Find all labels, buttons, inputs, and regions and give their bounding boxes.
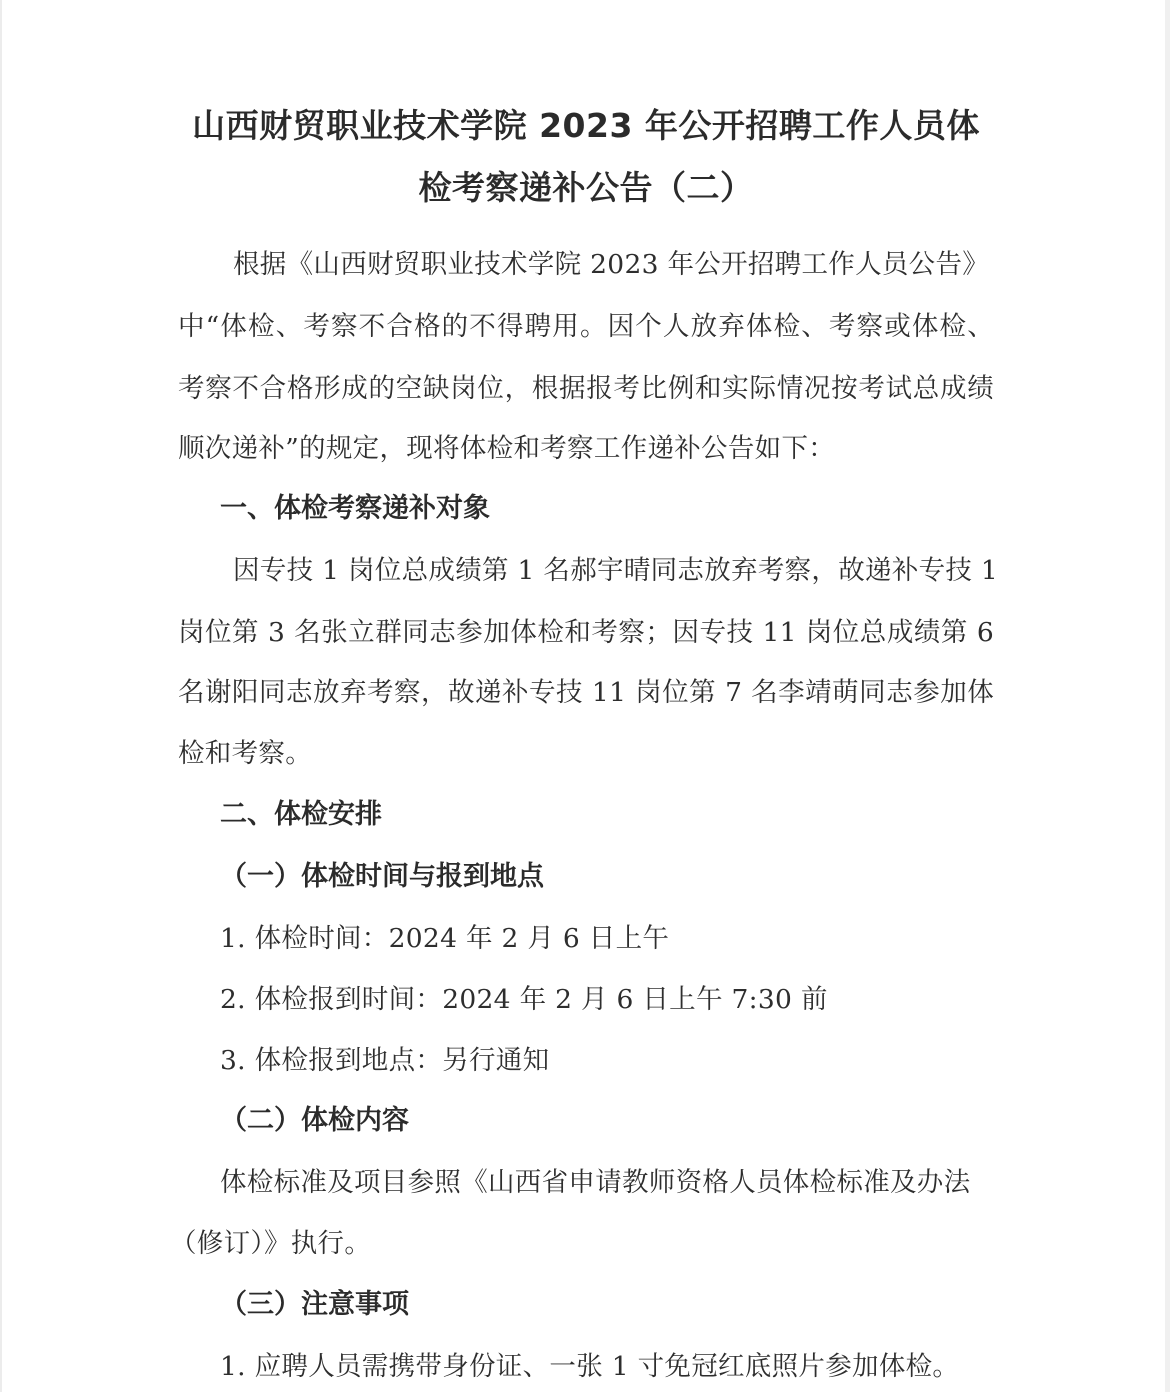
intro-paragraph-line-3: 考察不合格形成的空缺岗位，根据报考比例和实际情况按考试总成绩 [178, 366, 994, 405]
subsection-1-heading: （一）体检时间与报到地点 [220, 854, 544, 893]
page-edge-left [0, 0, 2, 1392]
document-title-line-1: 山西财贸职业技术学院 2023 年公开招聘工作人员体 [178, 100, 994, 147]
subsection-2-line-2: （修订）》执行。 [170, 1221, 371, 1260]
subsection-2-heading: （二）体检内容 [220, 1098, 409, 1137]
section-1-line-1: 因专技 1 岗位总成绩第 1 名郝宇晴同志放弃考察，故递补专技 1 [233, 548, 998, 587]
subsection-2-line-1: 体检标准及项目参照《山西省申请教师资格人员体检标准及办法 [220, 1160, 970, 1199]
section-1-line-3: 名谢阳同志放弃考察，故递补专技 11 岗位第 7 名李靖萌同志参加体 [178, 670, 994, 709]
page-edge-right [1165, 0, 1170, 1392]
intro-paragraph-line-2: 中“体检、考察不合格的不得聘用。因个人放弃体检、考察或体检、 [178, 304, 994, 343]
section-1-heading: 一、体检考察递补对象 [220, 486, 490, 525]
section-1-line-2: 岗位第 3 名张立群同志参加体检和考察；因专技 11 岗位总成绩第 6 [178, 610, 994, 649]
exam-time-item: 1. 体检时间：2024 年 2 月 6 日上午 [220, 916, 669, 955]
check-in-location-item: 3. 体检报到地点：另行通知 [220, 1038, 549, 1077]
section-1-line-4: 检和考察。 [178, 731, 312, 770]
intro-paragraph-line-1: 根据《山西财贸职业技术学院 2023 年公开招聘工作人员公告》 [233, 242, 989, 281]
document-title-line-2: 检考察递补公告（二） [178, 162, 994, 209]
notice-item-1: 1. 应聘人员需携带身份证、一张 1 寸免冠红底照片参加体检。 [220, 1344, 959, 1383]
intro-paragraph-line-4: 顺次递补”的规定，现将体检和考察工作递补公告如下： [178, 426, 835, 465]
check-in-time-item: 2. 体检报到时间：2024 年 2 月 6 日上午 7:30 前 [220, 977, 828, 1016]
subsection-3-heading: （三）注意事项 [220, 1282, 409, 1321]
section-2-heading: 二、体检安排 [220, 792, 382, 831]
